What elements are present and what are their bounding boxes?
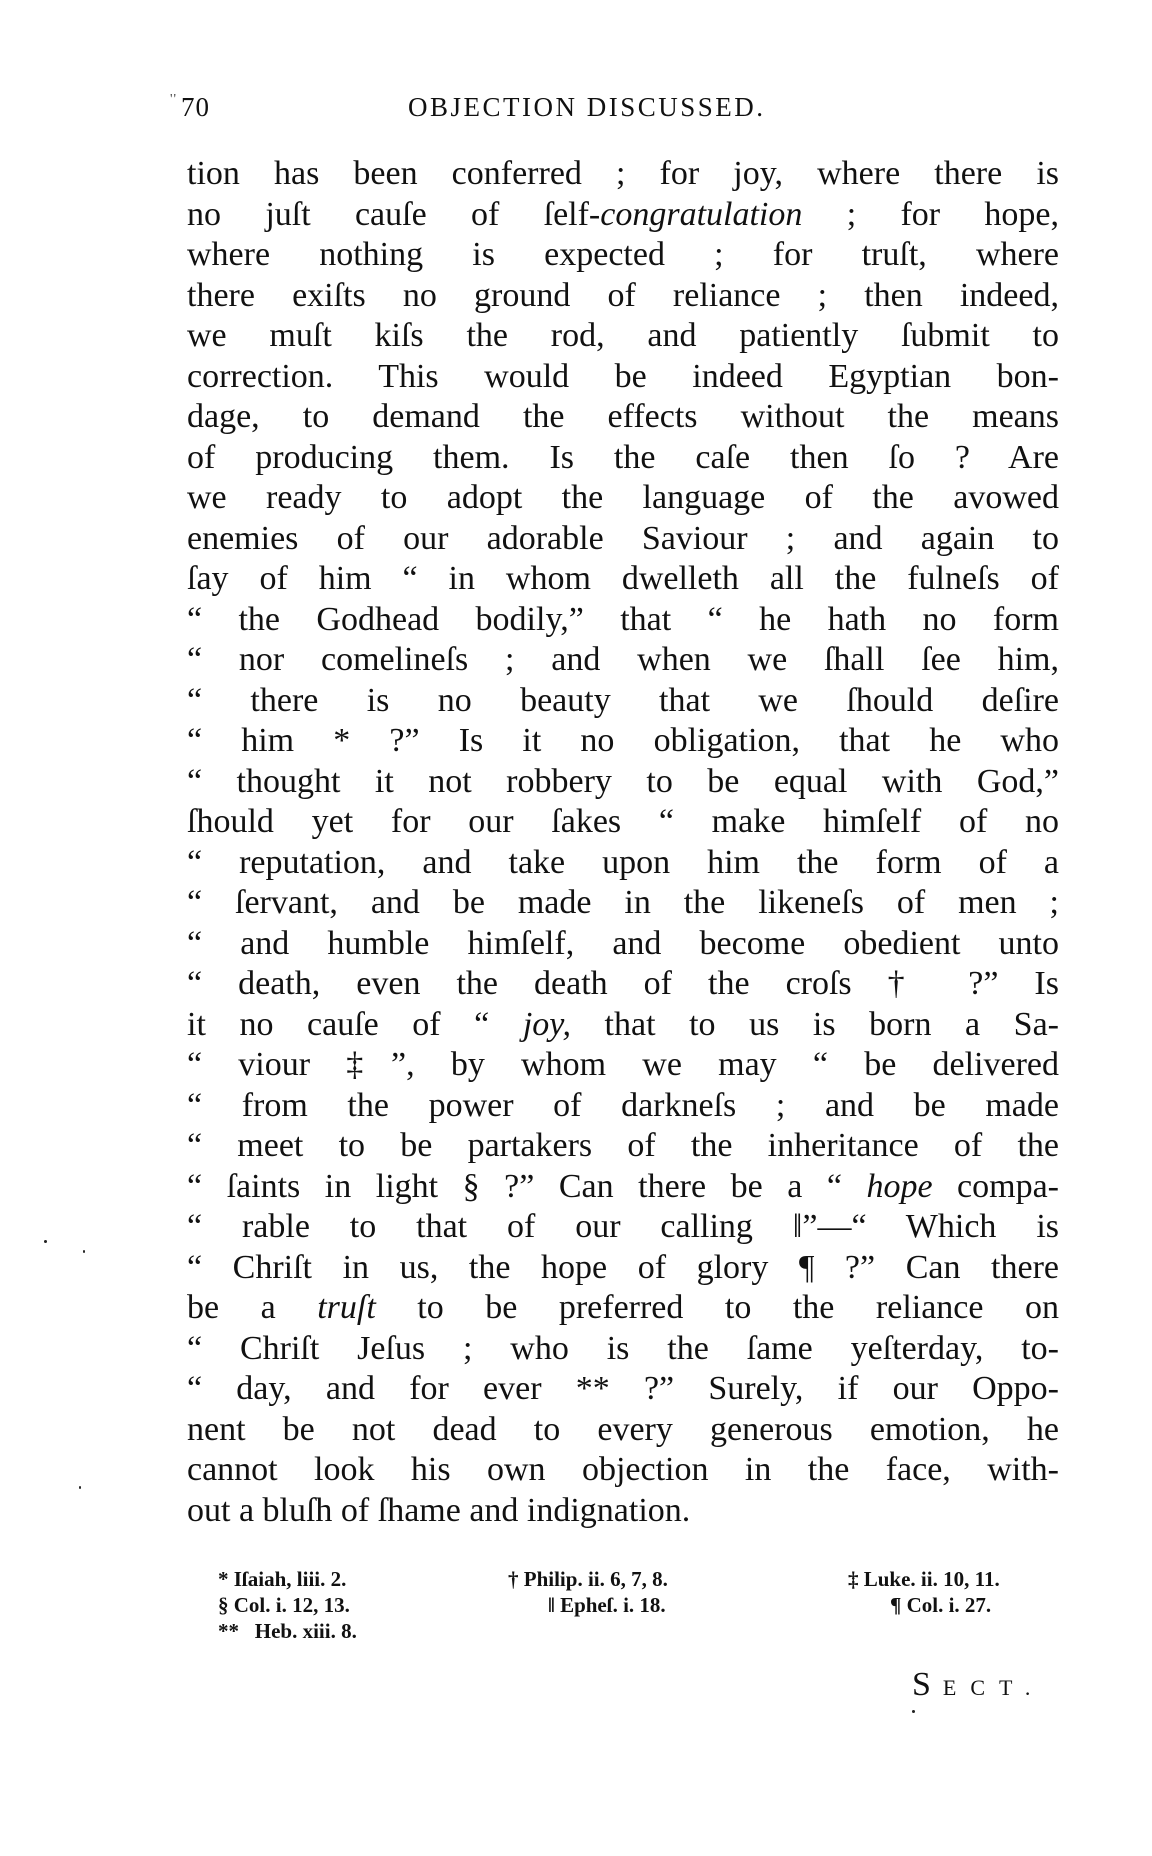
ink-speck: [44, 1240, 47, 1243]
text-line: we muſt kiſs the rod, and patiently ſubm…: [187, 316, 1059, 357]
footnote: † Philip. ii. 6, 7, 8.: [508, 1566, 668, 1592]
text-line: of producing them. Is the caſe then ſo ?…: [187, 438, 1059, 479]
text-line: “ there is no beauty that we ſhould deſi…: [187, 681, 1059, 722]
text-line: where nothing is expected ; for truſt, w…: [187, 235, 1059, 276]
ink-speck: [912, 1710, 915, 1713]
text-line: “ the Godhead bodily,” that “ he hath no…: [187, 600, 1059, 641]
italic-word: truſt: [317, 1289, 376, 1326]
footnote: ‡ Luke. ii. 10, 11.: [848, 1566, 1000, 1592]
footnote: ¶ Col. i. 27.: [890, 1592, 991, 1618]
footnote-mark: ‡: [848, 1567, 859, 1591]
text-line: there exiſts no ground of reliance ; the…: [187, 276, 1059, 317]
text-line: “ nor comelineſs ; and when we ſhall ſee…: [187, 640, 1059, 681]
footnote-mark: §: [218, 1593, 229, 1617]
text-line: “ meet to be partakers of the inheritanc…: [187, 1126, 1059, 1167]
text-line: “ ſaints in light § ?” Can there be a “ …: [187, 1167, 1059, 1208]
text-line: “ him * ?” Is it no obligation, that he …: [187, 721, 1059, 762]
text-line: correction. This would be indeed Egyptia…: [187, 357, 1059, 398]
text-line: “ viour ‡”, by whom we may “ be delivere…: [187, 1045, 1059, 1086]
footnote: § Col. i. 12, 13.: [218, 1592, 350, 1618]
footnote-ref: Epheſ. i. 18.: [560, 1593, 666, 1617]
line-29-tail: to be preferred to the reliance on: [376, 1289, 1059, 1326]
text-line: “ death, even the death of the croſs † ?…: [187, 964, 1059, 1005]
line-22-head: it no cauſe of “: [187, 1006, 523, 1043]
footnote-ref: Iſaiah, liii. 2.: [234, 1567, 347, 1591]
text-line: ſay of him “ in whom dwelleth all the fu…: [187, 559, 1059, 600]
text-line: dage, to demand the effects without the …: [187, 397, 1059, 438]
footnotes: * Iſaiah, liii. 2. † Philip. ii. 6, 7, 8…: [218, 1566, 1080, 1644]
text-line: no juſt cauſe of ſelf-congratulation ; f…: [187, 195, 1059, 236]
text-line: cannot look his own objection in the fac…: [187, 1450, 1059, 1491]
footnote-mark: ‖: [548, 1593, 555, 1617]
line-26-tail: compa-: [933, 1168, 1059, 1205]
text-line: “ ſervant, and be made in the likeneſs o…: [187, 883, 1059, 924]
footnote-ref: Luke. ii. 10, 11.: [864, 1567, 1000, 1591]
footnote: ** Heb. xiii. 8.: [218, 1618, 357, 1644]
line-26-head: “ ſaints in light § ?” Can there be a “: [187, 1168, 866, 1205]
text-line: out a bluſh of ſhame and indignation.: [187, 1491, 1059, 1532]
text-line: “ from the power of darkneſs ; and be ma…: [187, 1086, 1059, 1127]
text-line: be a truſt to be preferred to the relian…: [187, 1288, 1059, 1329]
footnote-mark: ¶: [890, 1593, 901, 1617]
footnote-mark: †: [508, 1567, 519, 1591]
text-line: “ rable to that of our calling ‖”—“ Whic…: [187, 1207, 1059, 1248]
footnote-row: § Col. i. 12, 13. ‖ Epheſ. i. 18. ¶ Col.…: [218, 1592, 1080, 1618]
line-2-tail: ; for hope,: [802, 196, 1059, 233]
text-line: ſhould yet for our ſakes “ make himſelf …: [187, 802, 1059, 843]
footnote-ref: Col. i. 27.: [907, 1593, 992, 1617]
footnote: * Iſaiah, liii. 2.: [218, 1566, 346, 1592]
text-line: “ and humble himſelf, and become obedien…: [187, 924, 1059, 965]
catchword-initial: S: [912, 1666, 933, 1703]
footnote: ‖ Epheſ. i. 18.: [548, 1592, 666, 1618]
catchword-rest: ECT.: [943, 1675, 1044, 1700]
page-number-value: 70: [181, 92, 210, 122]
footnote-row: ** Heb. xiii. 8.: [218, 1618, 1080, 1644]
catchword: SECT.: [912, 1666, 1044, 1704]
footnote-ref: Philip. ii. 6, 7, 8.: [524, 1567, 668, 1591]
italic-word: congratulation: [600, 196, 802, 233]
line-22-tail: that to us is born a Sa-: [571, 1006, 1059, 1043]
body-text: tion has been conferred ; for joy, where…: [187, 154, 1059, 1531]
line-29-head: be a: [187, 1289, 317, 1326]
text-line: nent be not dead to every generous emoti…: [187, 1410, 1059, 1451]
footnote-mark: *: [218, 1567, 229, 1591]
running-title: OBJECTION DISCUSSED.: [408, 92, 766, 123]
text-line: enemies of our adorable Saviour ; and ag…: [187, 519, 1059, 560]
text-line: “ day, and for ever ** ?” Surely, if our…: [187, 1369, 1059, 1410]
ink-speck: '': [170, 92, 177, 107]
italic-word: hope: [866, 1168, 932, 1205]
running-head: ''70 OBJECTION DISCUSSED.: [160, 92, 1060, 132]
line-2-text: no juſt cauſe of ſelf-: [187, 196, 600, 233]
footnote-ref: Heb. xiii. 8.: [255, 1619, 357, 1643]
footnote-row: * Iſaiah, liii. 2. † Philip. ii. 6, 7, 8…: [218, 1566, 1080, 1592]
book-page: ''70 OBJECTION DISCUSSED. tion has been …: [0, 0, 1152, 1856]
text-line: “ thought it not robbery to be equal wit…: [187, 762, 1059, 803]
text-line: we ready to adopt the language of the av…: [187, 478, 1059, 519]
ink-speck: [83, 1250, 85, 1253]
page-number: ''70: [170, 92, 210, 123]
italic-word: joy,: [523, 1006, 571, 1043]
footnote-mark: **: [218, 1619, 239, 1643]
text-line: “ Chriſt Jeſus ; who is the ſame yeſterd…: [187, 1329, 1059, 1370]
text-line: “ Chriſt in us, the hope of glory ¶ ?” C…: [187, 1248, 1059, 1289]
ink-speck: [79, 1486, 81, 1489]
text-line: “ reputation, and take upon him the form…: [187, 843, 1059, 884]
text-line: it no cauſe of “ joy, that to us is born…: [187, 1005, 1059, 1046]
footnote-ref: Col. i. 12, 13.: [234, 1593, 350, 1617]
text-line: tion has been conferred ; for joy, where…: [187, 154, 1059, 195]
